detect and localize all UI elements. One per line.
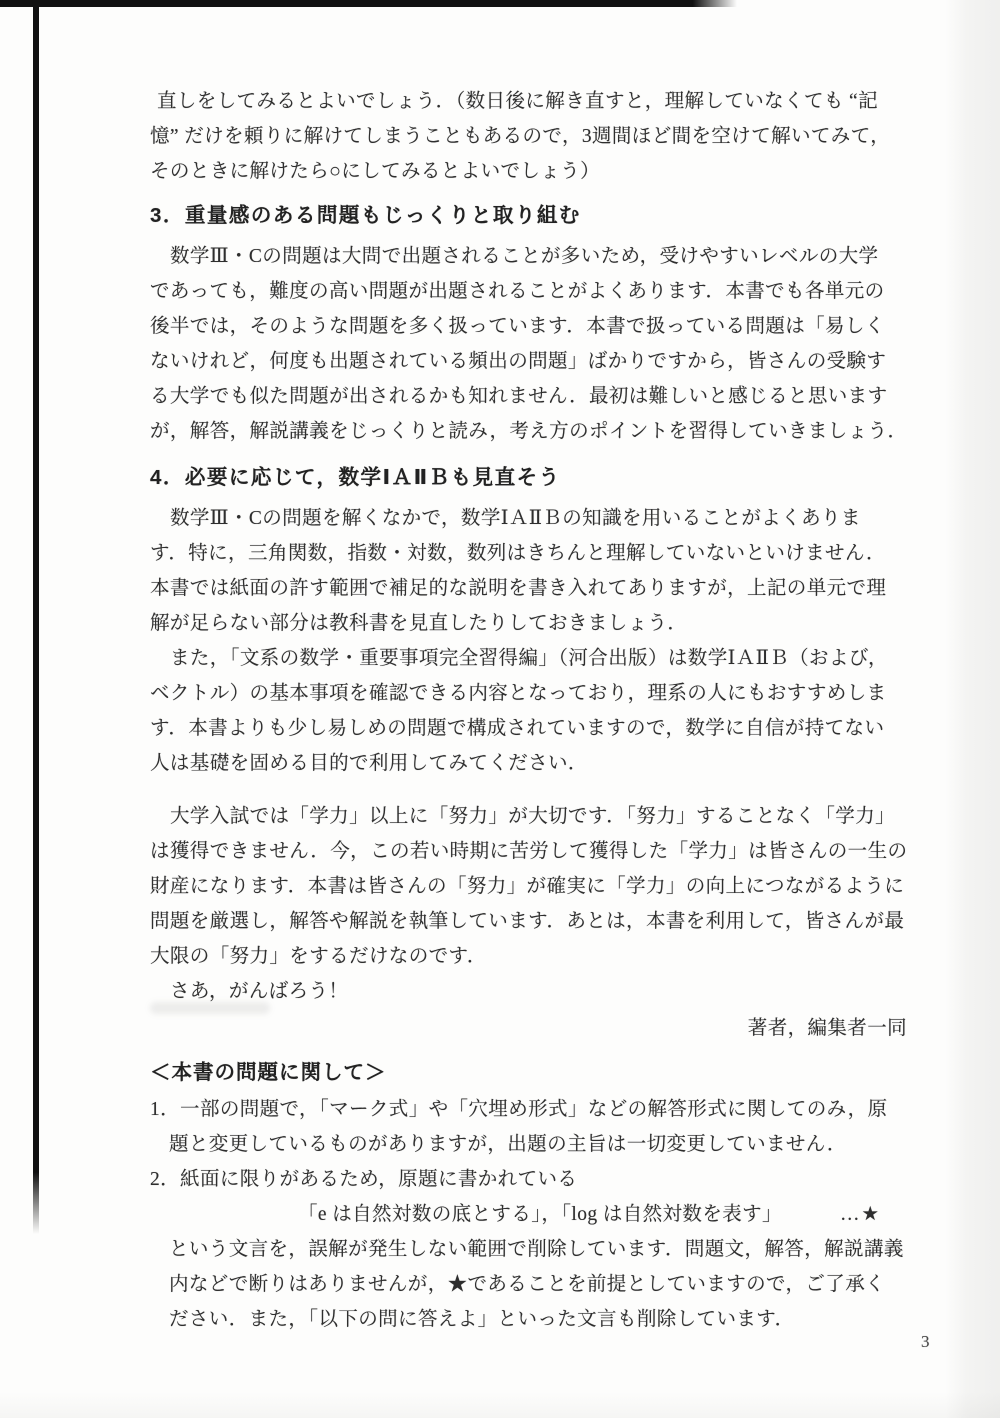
page-edge-shadow-bottom [0, 1392, 1000, 1418]
page-edge-shadow-right [945, 0, 1000, 1418]
text-line: 直しをしてみるとよいでしょう．（数日後に解き直すと，理解していなくても “記 [150, 84, 925, 119]
note-line: 内などで断りはありませんが，★であることを前提としていますので，ご了承く [150, 1267, 925, 1302]
text-line: す．特に，三角関数，指数・対数，数列はきちんと理解していないといけません． [150, 536, 925, 571]
text-line: 憶” だけを頼りに解けてしまうこともあるので，3週間ほど間を空けて解いてみて， [150, 119, 925, 154]
text-line: であっても，難度の高い問題が出題されることがよくあります．本書でも各単元の [150, 274, 925, 309]
text-line: ないけれど，何度も出題されている頻出の問題」ばかりですから，皆さんの受験す [150, 344, 925, 379]
text-line: また，「文系の数学・重要事項完全習得編」（河合出版）は数学ⅠＡⅡＢ（および， [150, 641, 925, 676]
section-heading-3: 3．重量感のある問題もじっくりと取り組む [150, 203, 925, 229]
note-line: という文言を，誤解が発生しない範囲で削除しています．問題文，解答，解説講義 [150, 1232, 925, 1267]
signature: 著者，編集者一同 [150, 1011, 925, 1046]
note-line: 2．紙面に限りがあるため，原題に書かれている [150, 1162, 925, 1197]
text-line: 本書では紙面の許す範囲で補足的な説明を書き入れてありますが，上記の単元で理 [150, 571, 925, 606]
text-line: ベクトル）の基本事項を確認できる内容となっており，理系の人にもおすすめしま [150, 676, 925, 711]
text-line: 数学Ⅲ・Cの問題は大問で出題されることが多いため，受けやすいレベルの大学 [150, 239, 925, 274]
text-line: が，解答，解説講義をじっくりと読み，考え方のポイントを習得していきましょう． [150, 414, 925, 449]
note-star-line: 「e は自然対数の底とする」，「log は自然対数を表す」…★ [150, 1197, 925, 1232]
notes-heading: ＜本書の問題に関して＞ [150, 1060, 925, 1086]
notes-list: 1．一部の問題で，「マーク式」や「穴埋め形式」などの解答形式に関してのみ，原 題… [150, 1092, 925, 1337]
section-3-paragraph: 数学Ⅲ・Cの問題は大問で出題されることが多いため，受けやすいレベルの大学 であっ… [150, 239, 925, 449]
scan-artifact-top-line [0, 0, 737, 7]
page-number: 3 [921, 1332, 930, 1352]
note-line: 1．一部の問題で，「マーク式」や「穴埋め形式」などの解答形式に関してのみ，原 [150, 1092, 925, 1127]
text-line: す．本書よりも少し易しめの問題で構成されていますので，数学に自信が持てない [150, 711, 925, 746]
text-line: 大学入試では「学力」以上に「努力」が大切です．「努力」することなく「学力」 [150, 799, 925, 834]
text-line: さあ，がんばろう！ [150, 974, 925, 1009]
text-line: 人は基礎を固める目的で利用してみてください． [150, 746, 925, 781]
scanned-page: 直しをしてみるとよいでしょう．（数日後に解き直すと，理解していなくても “記 憶… [0, 0, 1000, 1418]
star-marker: …★ [840, 1204, 881, 1225]
text-line: 大限の「努力」をするだけなのです． [150, 939, 925, 974]
section-4-paragraph: 数学Ⅲ・Cの問題を解くなかで，数学ⅠＡⅡＢの知識を用いることがよくありま す．特… [150, 501, 925, 781]
page-content: 直しをしてみるとよいでしょう．（数日後に解き直すと，理解していなくても “記 憶… [150, 84, 925, 1337]
section-heading-4: 4．必要に応じて，数学ⅠＡⅡＢも見直そう [150, 465, 925, 491]
text-line: 後半では，そのような問題を多く扱っています．本書で扱っている問題は「易しく [150, 309, 925, 344]
scan-artifact-left-line [33, 0, 39, 1234]
text-line: 数学Ⅲ・Cの問題を解くなかで，数学ⅠＡⅡＢの知識を用いることがよくありま [150, 501, 925, 536]
text-line: は獲得できません．今，この若い時期に苦労して獲得した「学力」は皆さんの一生の [150, 834, 925, 869]
star-quote-text: 「e は自然対数の底とする」，「log は自然対数を表す」 [298, 1204, 782, 1225]
text-line: 財産になります．本書は皆さんの「努力」が確実に「学力」の向上につながるように [150, 869, 925, 904]
intro-paragraph: 直しをしてみるとよいでしょう．（数日後に解き直すと，理解していなくても “記 憶… [150, 84, 925, 189]
text-line: そのときに解けたら○にしてみるとよいでしょう） [150, 154, 925, 189]
note-line: ださい．また，「以下の問に答えよ」といった文言も削除しています． [150, 1302, 925, 1337]
text-line: る大学でも似た問題が出されるかも知れません．最初は難しいと感じると思います [150, 379, 925, 414]
closing-paragraph: 大学入試では「学力」以上に「努力」が大切です．「努力」することなく「学力」 は獲… [150, 799, 925, 1046]
note-line: 題と変更しているものがありますが，出題の主旨は一切変更していません． [150, 1127, 925, 1162]
text-line: 問題を厳選し，解答や解説を執筆しています．あとは，本書を利用して，皆さんが最 [150, 904, 925, 939]
text-line: 解が足らない部分は教科書を見直したりしておきましょう． [150, 606, 925, 641]
